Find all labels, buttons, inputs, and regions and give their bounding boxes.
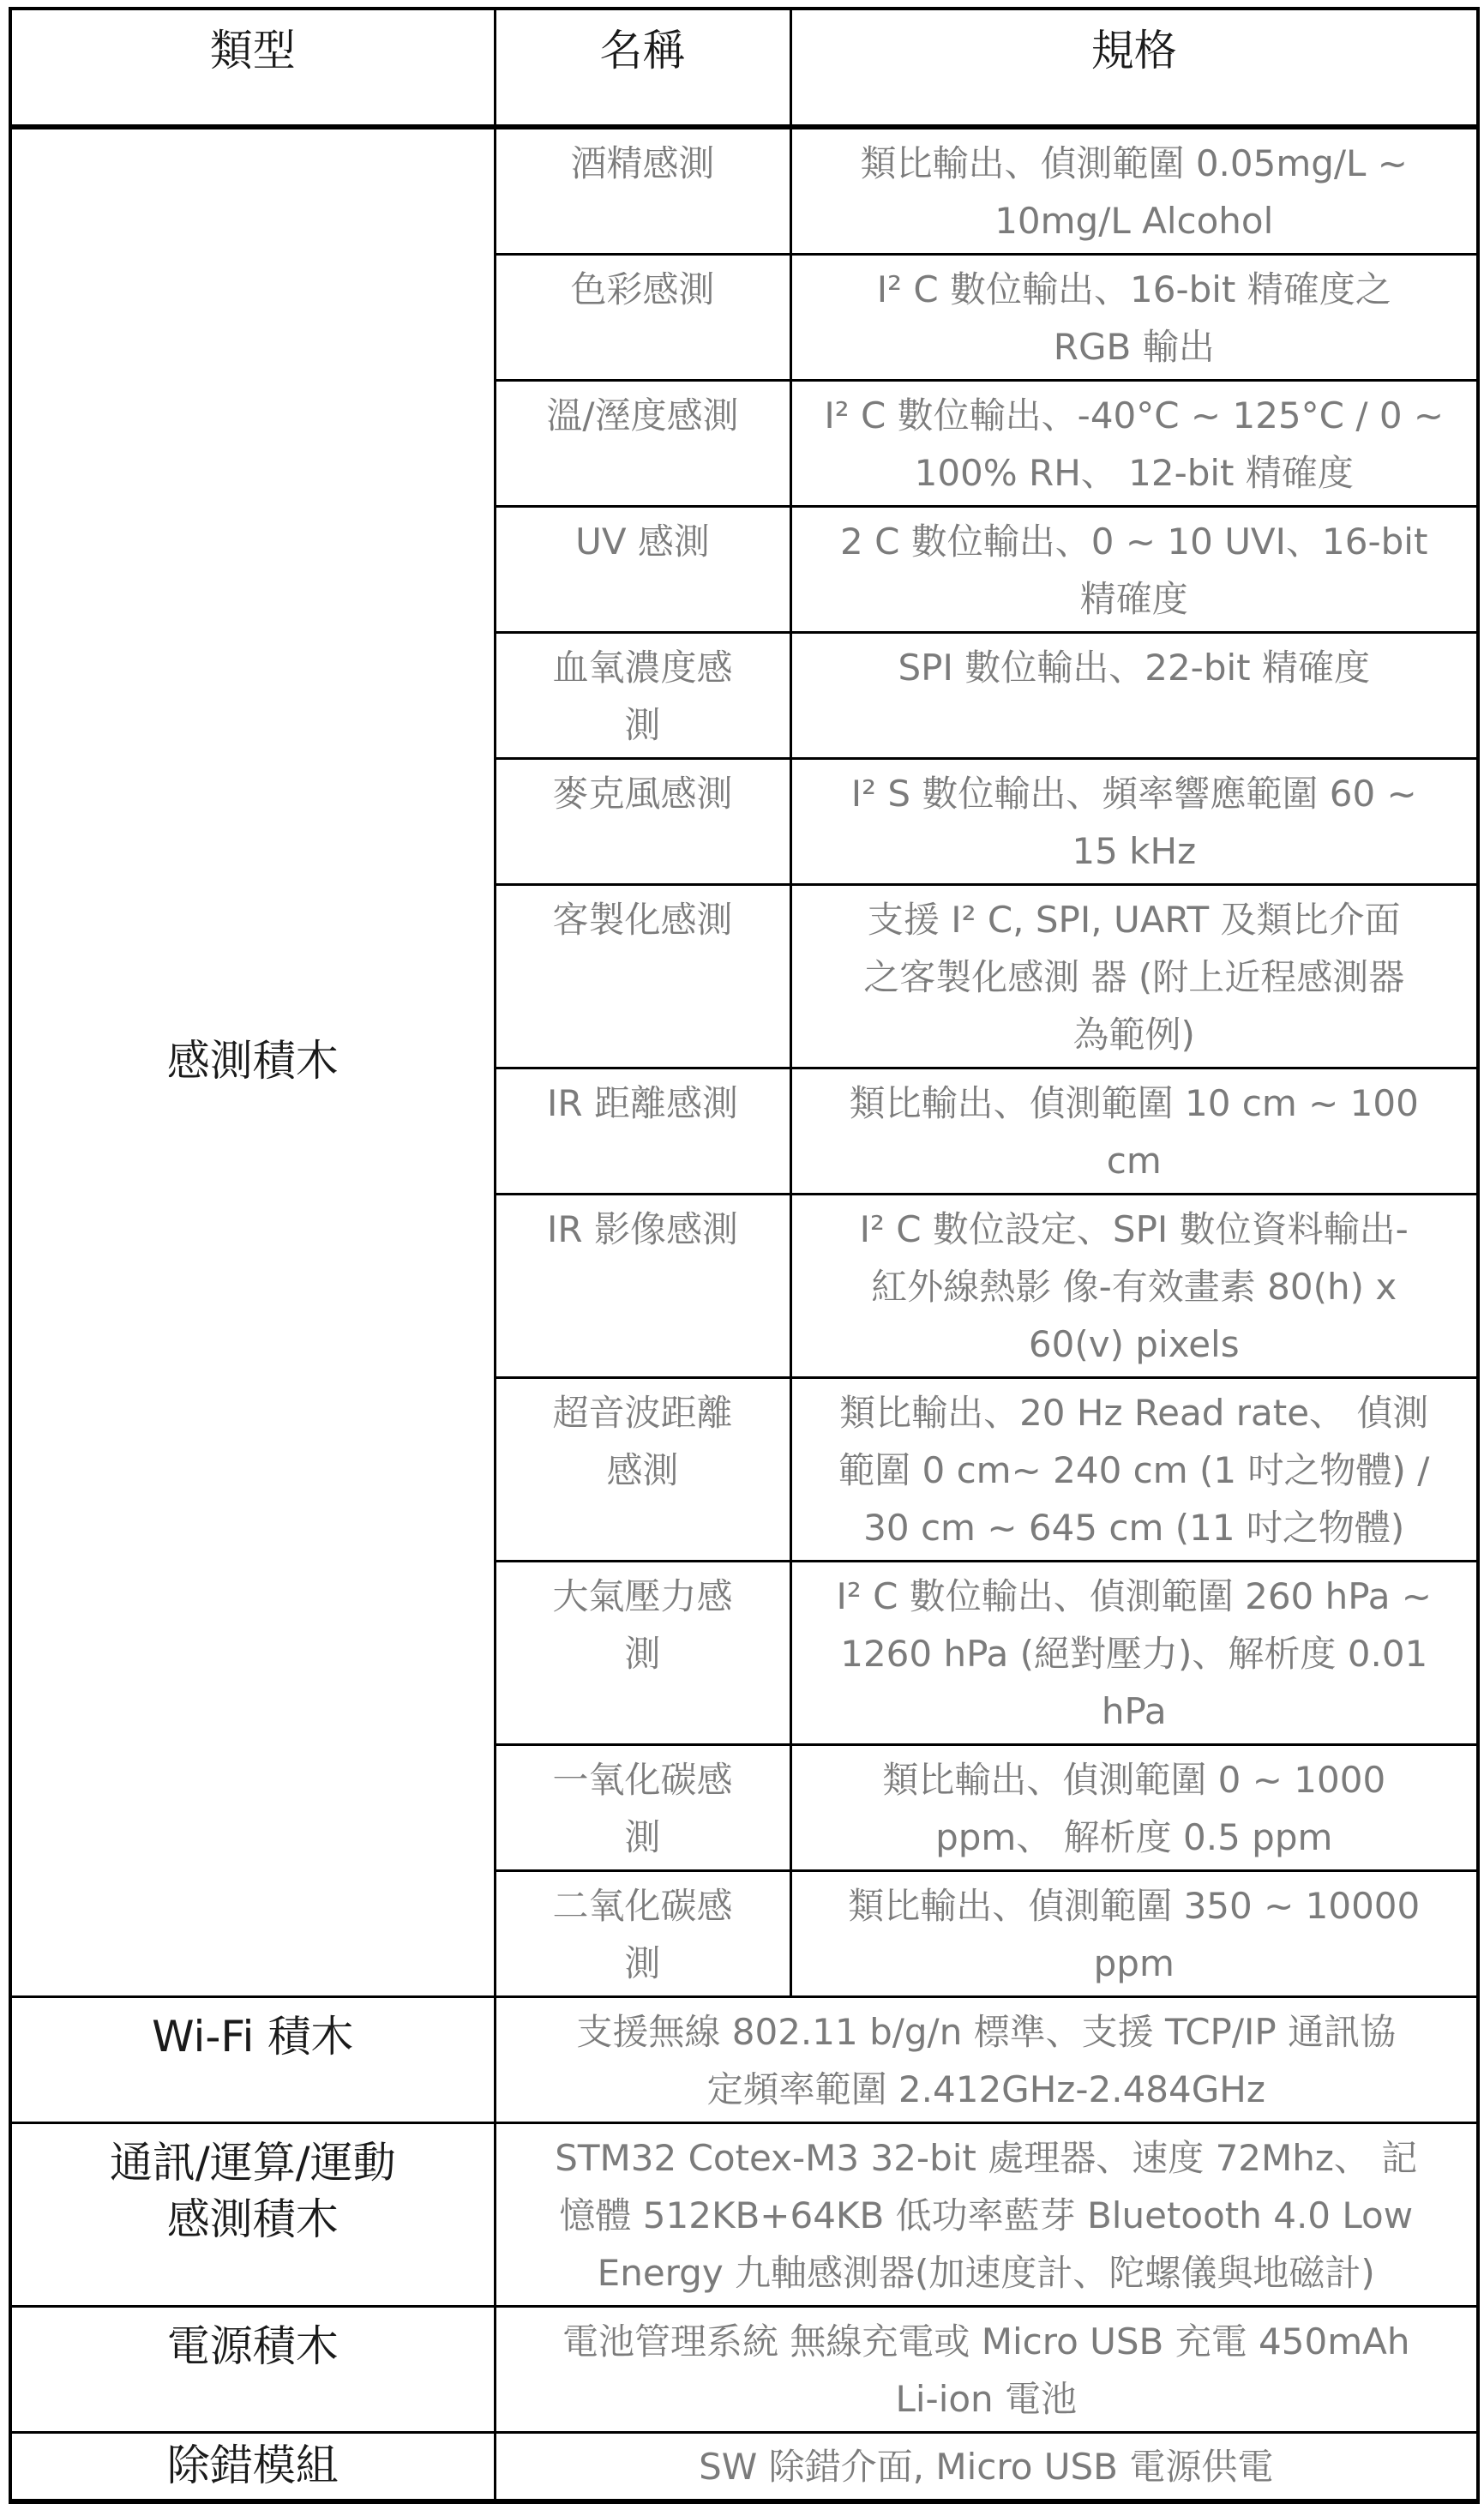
table-row: 電源積木 電池管理系統 無線充電或 Micro USB 充電 450mAh Li… [10,2307,1478,2433]
sensor-spec: I² C 數位輸出、-40°C ~ 125°C / 0 ~ 100% RH、 1… [790,381,1478,507]
header-name: 名稱 [495,9,790,127]
sensor-name: 色彩感測 [495,255,790,381]
category-wifi-block: Wi-Fi 積木 [10,1997,495,2123]
sensor-spec: 2 C 數位輸出、0 ~ 10 UVI、16-bit 精確度 [790,507,1478,633]
category-comm-compute-motion-block: 通訊/運算/運動 感測積木 [10,2123,495,2307]
category-power-block: 電源積木 [10,2307,495,2433]
module-spec: 支援無線 802.11 b/g/n 標準、支援 TCP/IP 通訊協 定頻率範圍… [495,1997,1478,2123]
sensor-spec: I² S 數位輸出、頻率響應範圍 60 ~ 15 kHz [790,759,1478,885]
sensor-name: 客製化感測 [495,885,790,1068]
sensor-name: 大氣壓力感 測 [495,1562,790,1745]
sensor-name: IR 影像感測 [495,1195,790,1378]
sensor-spec: I² C 數位輸出、16-bit 精確度之 RGB 輸出 [790,255,1478,381]
sensor-spec: 支援 I² C, SPI, UART 及類比介面 之客製化感測 器 (附上近程感… [790,885,1478,1068]
category-debug-module: 除錯模組 [10,2433,495,2501]
sensor-name: IR 距離感測 [495,1068,790,1195]
sensor-spec: 類比輸出、20 Hz Read rate、 偵測 範圍 0 cm~ 240 cm… [790,1378,1478,1562]
sensor-spec: 類比輸出、偵測範圍 350 ~ 10000 ppm [790,1871,1478,1997]
header-spec: 規格 [790,9,1478,127]
sensor-spec: I² C 數位設定、SPI 數位資料輸出- 紅外線熱影 像-有效畫素 80(h)… [790,1195,1478,1378]
sensor-spec: 類比輸出、偵測範圍 0 ~ 1000 ppm、 解析度 0.5 ppm [790,1745,1478,1871]
sensor-spec: 類比輸出、偵測範圍 10 cm ~ 100 cm [790,1068,1478,1195]
sensor-spec: 類比輸出、偵測範圍 0.05mg/L ~ 10mg/L Alcohol [790,127,1478,255]
header-row: 類型 名稱 規格 [10,9,1478,127]
table-row: Wi-Fi 積木 支援無線 802.11 b/g/n 標準、支援 TCP/IP … [10,1997,1478,2123]
sensor-name: 一氧化碳感 測 [495,1745,790,1871]
module-spec: STM32 Cotex-M3 32-bit 處理器、速度 72Mhz、 記 憶體… [495,2123,1478,2307]
table-row: 通訊/運算/運動 感測積木 STM32 Cotex-M3 32-bit 處理器、… [10,2123,1478,2307]
module-spec: 電池管理系統 無線充電或 Micro USB 充電 450mAh Li-ion … [495,2307,1478,2433]
sensor-name: UV 感測 [495,507,790,633]
sensor-name: 酒精感測 [495,127,790,255]
sensor-spec: I² C 數位輸出、偵測範圍 260 hPa ~ 1260 hPa (絕對壓力)… [790,1562,1478,1745]
spec-table: 類型 名稱 規格 感測積木 酒精感測 類比輸出、偵測範圍 0.05mg/L ~ … [9,7,1480,2504]
sensor-name: 超音波距離 感測 [495,1378,790,1562]
sensor-name: 二氧化碳感 測 [495,1871,790,1997]
sensor-name: 血氧濃度感 測 [495,633,790,759]
sensor-spec: SPI 數位輸出、22-bit 精確度 [790,633,1478,759]
header-type: 類型 [10,9,495,127]
category-sensing-blocks: 感測積木 [10,127,495,1997]
module-spec: SW 除錯介面, Micro USB 電源供電 [495,2433,1478,2501]
sensor-name: 麥克風感測 [495,759,790,885]
sensor-name: 溫/溼度感測 [495,381,790,507]
table-row: 除錯模組 SW 除錯介面, Micro USB 電源供電 [10,2433,1478,2501]
table-row: 感測積木 酒精感測 類比輸出、偵測範圍 0.05mg/L ~ 10mg/L Al… [10,127,1478,255]
